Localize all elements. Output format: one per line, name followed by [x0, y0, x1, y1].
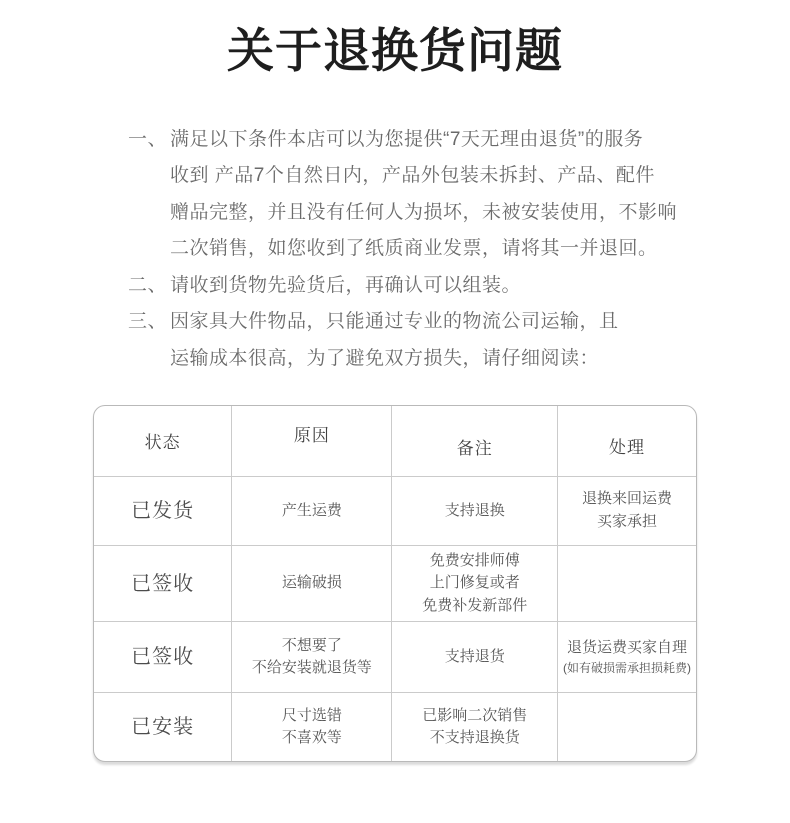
reason-text: 运输破损: [237, 572, 386, 595]
note-item-1: 一、 满足以下条件本店可以为您提供“7天无理由退货”的服务 收到 产品7个自然日…: [128, 122, 706, 268]
note-text: 支持退换: [397, 500, 552, 523]
note-item-3: 三、 因家具大件物品，只能通过专业的物流公司运输，且 运输成本很高，为了避免双方…: [128, 304, 706, 377]
return-policy-table-container: 状态 原因 备注 处理 已发货 产生运费 支持退换 退换来回运费 买家承担 已签…: [93, 405, 697, 762]
reason-cell: 尺寸选错 不喜欢等: [232, 693, 392, 761]
note-marker: 一、: [128, 122, 170, 159]
note-text: 满足以下条件本店可以为您提供“7天无理由退货”的服务 收到 产品7个自然日内，产…: [170, 122, 706, 268]
note-text: 已影响二次销售 不支持退换货: [397, 705, 552, 750]
note-cell: 支持退货: [392, 622, 558, 693]
col-header-note-label: 备注: [457, 434, 493, 459]
note-text: 因家具大件物品，只能通过专业的物流公司运输，且 运输成本很高，为了避免双方损失，…: [170, 304, 706, 377]
note-text: 请收到货物先验货后，再确认可以组装。: [170, 268, 706, 305]
handling-cell: 退换来回运费 买家承担: [558, 476, 696, 545]
note-text: 支持退货: [397, 646, 552, 669]
return-policy-page: 关于退换货问题 一、 满足以下条件本店可以为您提供“7天无理由退货”的服务 收到…: [0, 0, 790, 823]
reason-text: 不想要了 不给安装就退货等: [237, 635, 386, 680]
table-row-installed: 已安装 尺寸选错 不喜欢等 已影响二次销售 不支持退换货: [94, 693, 696, 761]
note-marker: 二、: [128, 268, 170, 305]
reason-text: 产生运费: [237, 500, 386, 523]
handling-cell: [558, 693, 696, 761]
col-header-reason: 原因: [232, 406, 392, 476]
reason-cell: 产生运费: [232, 476, 392, 545]
return-policy-table: 状态 原因 备注 处理 已发货 产生运费 支持退换 退换来回运费 买家承担 已签…: [94, 406, 696, 761]
table-row-shipped: 已发货 产生运费 支持退换 退换来回运费 买家承担: [94, 476, 696, 545]
note-cell: 支持退换: [392, 476, 558, 545]
status-text: 已安装: [99, 712, 226, 742]
status-cell: 已安装: [94, 693, 232, 761]
note-marker: 三、: [128, 304, 170, 341]
col-header-handling-label: 处理: [609, 433, 645, 458]
handling-cell: [558, 545, 696, 622]
handling-text: 退换来回运费 买家承担: [563, 488, 691, 533]
handling-text: 退货运费买家自理: [563, 637, 691, 660]
reason-cell: 运输破损: [232, 545, 392, 622]
page-title: 关于退换货问题: [0, 22, 790, 81]
table-row-signed-damage: 已签收 运输破损 免费安排师傅 上门修复或者 免费补发新部件: [94, 545, 696, 622]
col-header-status-label: 状态: [145, 428, 181, 453]
note-item-2: 二、 请收到货物先验货后，再确认可以组装。: [128, 268, 706, 305]
col-header-reason-label: 原因: [294, 421, 330, 446]
handling-subtext: (如有破损需承担损耗费): [563, 660, 691, 677]
table-header-row: 状态 原因 备注 处理: [94, 406, 696, 476]
status-cell: 已签收: [94, 545, 232, 622]
table-row-signed-unwanted: 已签收 不想要了 不给安装就退货等 支持退货 退货运费买家自理(如有破损需承担损…: [94, 622, 696, 693]
col-header-handling: 处理: [558, 406, 696, 476]
status-text: 已签收: [99, 569, 226, 599]
note-cell: 已影响二次销售 不支持退换货: [392, 693, 558, 761]
policy-notes: 一、 满足以下条件本店可以为您提供“7天无理由退货”的服务 收到 产品7个自然日…: [128, 122, 706, 378]
col-header-status: 状态: [94, 406, 232, 476]
reason-cell: 不想要了 不给安装就退货等: [232, 622, 392, 693]
note-text: 免费安排师傅 上门修复或者 免费补发新部件: [397, 550, 552, 618]
note-cell: 免费安排师傅 上门修复或者 免费补发新部件: [392, 545, 558, 622]
status-cell: 已发货: [94, 476, 232, 545]
status-text: 已发货: [99, 496, 226, 526]
status-text: 已签收: [99, 642, 226, 672]
status-cell: 已签收: [94, 622, 232, 693]
col-header-note: 备注: [392, 406, 558, 476]
reason-text: 尺寸选错 不喜欢等: [237, 705, 386, 750]
handling-cell: 退货运费买家自理(如有破损需承担损耗费): [558, 622, 696, 693]
